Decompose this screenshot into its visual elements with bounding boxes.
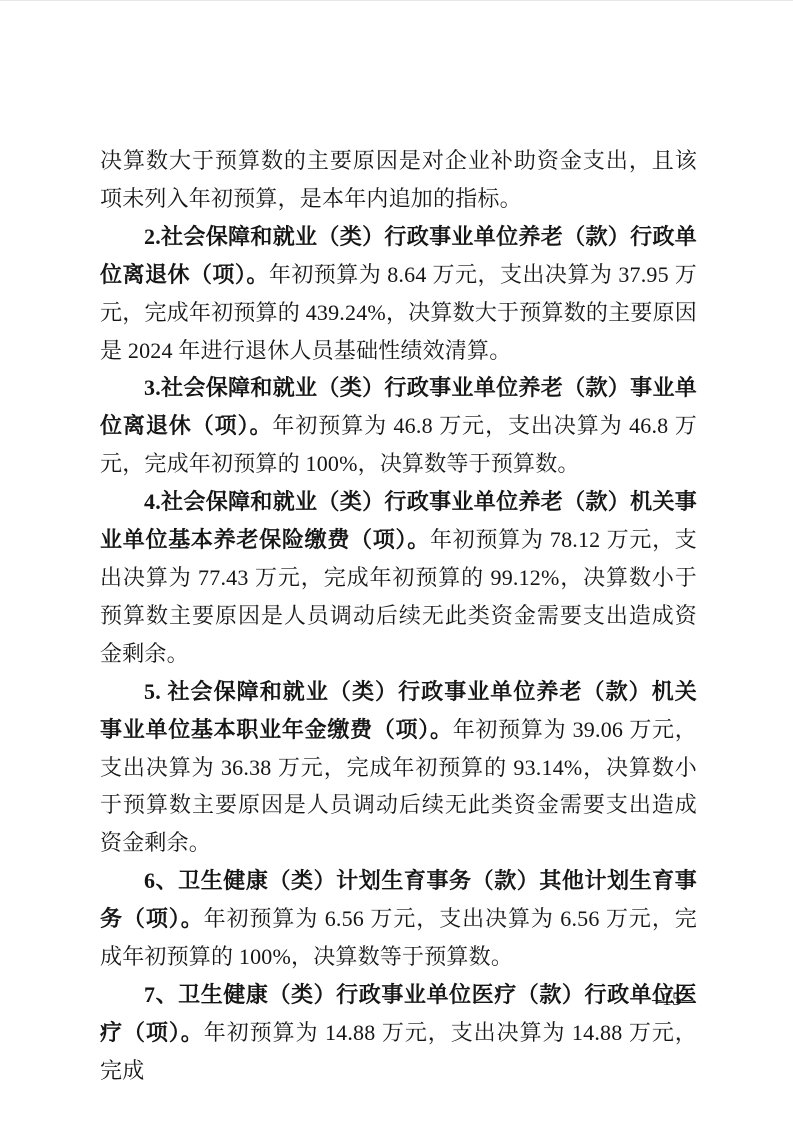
page-number: –15– [652,989,692,1011]
paragraph-item-5: 5. 社会保障和就业（类）行政事业单位养老（款）机关事业单位基本职业年金缴费（项… [100,673,697,863]
paragraph-text: 决算数大于预算数的主要原因是对企业补助资金支出，且该项未列入年初预算，是本年内追… [100,148,697,211]
paragraph-item-4: 4.社会保障和就业（类）行政事业单位养老（款）机关事业单位基本养老保险缴费（项）… [100,483,697,673]
document-page: 决算数大于预算数的主要原因是对企业补助资金支出，且该项未列入年初预算，是本年内追… [0,0,793,1123]
paragraph-item-7: 7、卫生健康（类）行政事业单位医疗（款）行政单位医疗（项）。年初预算为 14.8… [100,976,697,1090]
document-body: 决算数大于预算数的主要原因是对企业补助资金支出，且该项未列入年初预算，是本年内追… [100,142,697,1090]
paragraph-item-2: 2.社会保障和就业（类）行政事业单位养老（款）行政单位离退休（项）。年初预算为 … [100,218,697,370]
paragraph-item-6: 6、卫生健康（类）计划生育事务（款）其他计划生育事务（项）。年初预算为 6.56… [100,862,697,976]
paragraph-item-3: 3.社会保障和就业（类）行政事业单位养老（款）事业单位离退休（项）。年初预算为 … [100,369,697,483]
paragraph-continuation: 决算数大于预算数的主要原因是对企业补助资金支出，且该项未列入年初预算，是本年内追… [100,142,697,218]
